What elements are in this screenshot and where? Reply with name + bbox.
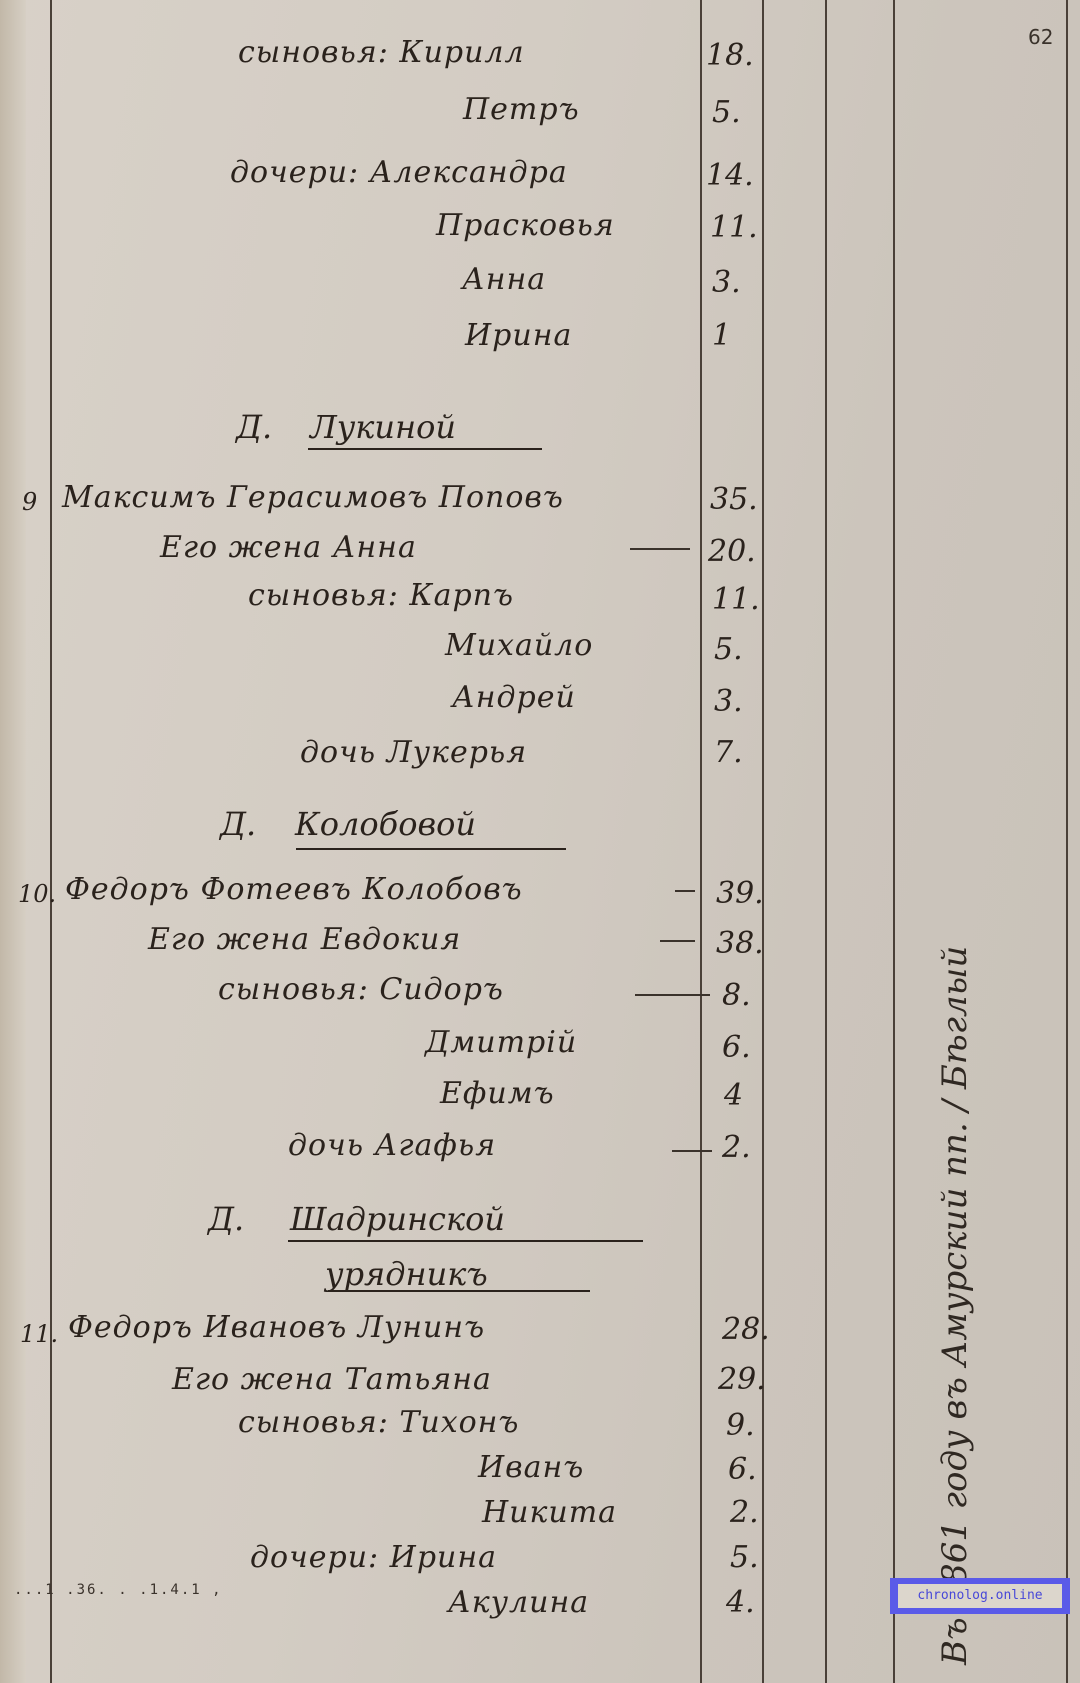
entry-age: 20. [708, 534, 756, 569]
ruled-line [825, 0, 827, 1683]
filler-dash [675, 890, 695, 892]
row-number: 10. [18, 880, 56, 908]
ruled-line [893, 0, 895, 1683]
page-binding [0, 0, 26, 1683]
entry-text: Его жена Анна [160, 530, 417, 565]
entry-age: 39. [716, 876, 764, 911]
entry-age: 5. [714, 632, 743, 667]
entry-text: Никита [482, 1495, 617, 1530]
entry-text: Федоръ Ивановъ Лунинъ [68, 1310, 485, 1345]
entry-text: Его жена Татьяна [172, 1362, 492, 1397]
section-heading-prefix: Д. [220, 805, 256, 843]
entry-age: 9. [726, 1408, 755, 1443]
entry-text: Ирина [465, 318, 572, 353]
filler-dash [630, 548, 690, 550]
heading-underline [288, 1240, 643, 1242]
entry-text: сыновья: Карпъ [248, 578, 514, 613]
ruled-line [700, 0, 702, 1683]
entry-text: сыновья: Кирилл [238, 35, 525, 70]
row-number: 9 [22, 488, 37, 516]
entry-age: 6. [728, 1452, 757, 1487]
subheading-underline [328, 1290, 590, 1292]
filler-dash [672, 1150, 712, 1152]
ruled-line [762, 0, 764, 1683]
section-heading: Колобовой [295, 805, 476, 843]
section-heading-prefix: Д. [208, 1200, 244, 1238]
ruled-line [1066, 0, 1068, 1683]
entry-text: Максимъ Герасимовъ Поповъ [62, 480, 564, 515]
entry-age: 11. [712, 582, 760, 617]
entry-text: дочь Лукерья [300, 735, 527, 770]
stray-marks: ...1 .36. . .1.4.1 , [14, 1582, 223, 1598]
entry-text: Прасковья [436, 208, 615, 243]
entry-age: 3. [714, 684, 743, 719]
entry-age: 18. [706, 38, 754, 73]
ruled-line [50, 0, 52, 1683]
heading-underline [308, 448, 542, 450]
margin-note: Въ 1861 году въ Амурский пп. / Бѣглый [935, 946, 975, 1665]
entry-age: 38. [716, 926, 764, 961]
entry-age: 35. [710, 482, 758, 517]
filler-dash [635, 994, 710, 996]
entry-text: Анна [462, 262, 546, 297]
section-heading: Лукиной [310, 408, 456, 446]
entry-age: 8. [722, 978, 751, 1013]
entry-age: 11. [710, 210, 758, 245]
entry-age: 2. [730, 1495, 759, 1530]
section-heading: Шадринской [290, 1200, 505, 1238]
entry-age: 28. [722, 1312, 770, 1347]
heading-underline [296, 848, 566, 850]
entry-text: Ефимъ [440, 1076, 555, 1111]
entry-age: 2. [722, 1130, 751, 1165]
entry-age: 1 [712, 318, 731, 353]
watermark-badge: chronolog.online [890, 1578, 1070, 1614]
entry-text: Андрей [452, 680, 576, 715]
watermark-text: chronolog.online [898, 1584, 1062, 1608]
entry-text: Петръ [463, 92, 580, 127]
row-number: 11. [20, 1320, 58, 1348]
entry-age: 7. [714, 735, 743, 770]
entry-text: дочь Агафья [288, 1128, 496, 1163]
section-subheading: урядникъ [325, 1255, 488, 1293]
entry-text: Иванъ [478, 1450, 584, 1485]
entry-age: 14. [706, 158, 754, 193]
entry-age: 4. [726, 1585, 755, 1620]
entry-text: Михайло [445, 628, 593, 663]
entry-age: 6. [722, 1030, 751, 1065]
filler-dash [660, 940, 695, 942]
page-number: 62 [1028, 25, 1053, 49]
entry-age: 5. [712, 95, 741, 130]
entry-age: 5. [730, 1540, 759, 1575]
entry-text: Федоръ Фотеевъ Колобовъ [65, 872, 523, 907]
archive-page: 62 сыновья: Кирилл 18. Петръ 5. дочери: … [0, 0, 1080, 1683]
entry-age: 4 [724, 1078, 743, 1113]
entry-text: дочери: Александра [230, 155, 568, 190]
section-heading-prefix: Д. [236, 408, 272, 446]
entry-text: Дмитрій [425, 1025, 577, 1060]
entry-age: 3. [712, 265, 741, 300]
entry-text: сыновья: Тихонъ [238, 1405, 519, 1440]
entry-text: сыновья: Сидоръ [218, 972, 504, 1007]
entry-text: дочери: Ирина [250, 1540, 497, 1575]
entry-text: Акулина [448, 1585, 589, 1620]
entry-text: Его жена Евдокия [148, 922, 461, 957]
entry-age: 29. [718, 1362, 766, 1397]
